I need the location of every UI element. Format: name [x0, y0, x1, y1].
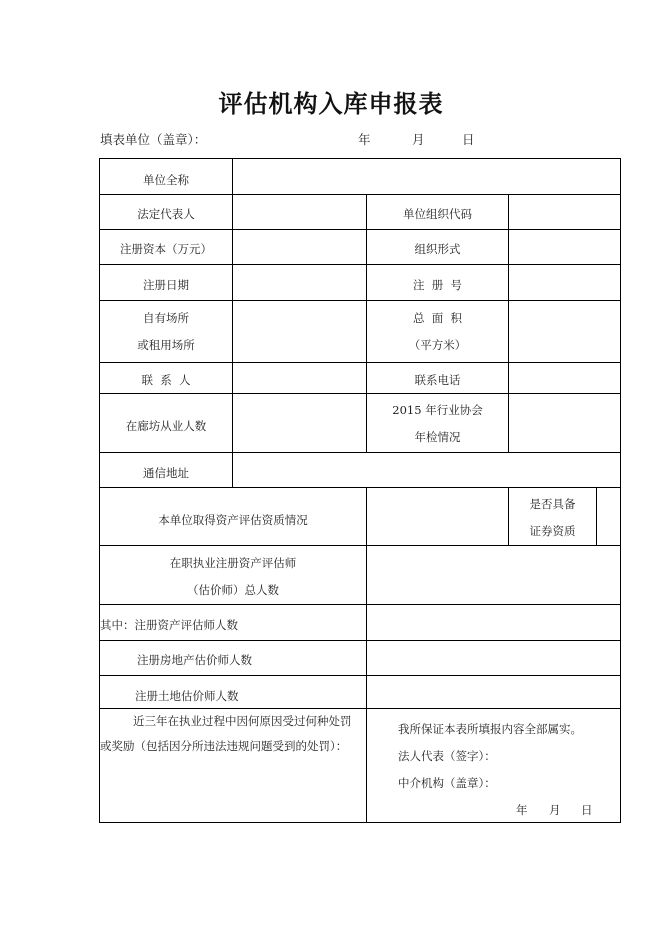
penalty-question-line-1: 近三年在执业过程中因何原因受过何种处罚	[100, 709, 364, 734]
table-border	[99, 822, 621, 823]
label-full-name: 单位全称	[100, 165, 232, 195]
label-org-code: 单位组织代码	[367, 196, 508, 232]
qualification-field[interactable]	[367, 488, 508, 545]
legal-rep-field[interactable]	[233, 195, 366, 229]
total-area-field[interactable]	[509, 301, 620, 362]
pledge-block: 我所保证本表所填报内容全部属实。 法人代表（签字）： 中介机构（盖章）：	[398, 716, 582, 797]
label-phone: 联系电话	[367, 364, 508, 396]
label-staff-count: 在廊坊从业人数	[100, 395, 232, 457]
staff-count-field[interactable]	[233, 394, 366, 452]
penalty-answer-field[interactable]	[100, 760, 366, 822]
agency-seal-label: 中介机构（盖章）：	[398, 770, 582, 797]
penalty-question: 近三年在执业过程中因何原因受过何种处罚 或奖励（包括因分所违法违规问题受到的处罚…	[100, 709, 364, 759]
reg-capital-field[interactable]	[233, 230, 366, 264]
reg-date-field[interactable]	[233, 265, 366, 300]
land-appraisers-field[interactable]	[367, 676, 620, 708]
org-form-field[interactable]	[509, 230, 620, 264]
org-code-field[interactable]	[509, 195, 620, 229]
phone-field[interactable]	[509, 363, 620, 393]
label-org-form: 组织形式	[367, 231, 508, 267]
sign-month-label: 月	[549, 798, 561, 823]
label-real-estate-appraisers: 注册房地产估价师人数	[137, 652, 252, 668]
securities-qualification-field[interactable]	[597, 488, 620, 545]
sign-year-label: 年	[516, 798, 528, 823]
label-legal-rep: 法定代表人	[100, 196, 232, 232]
real-estate-appraisers-field[interactable]	[367, 641, 620, 675]
label-reg-capital: 注册资本（万元）	[100, 231, 232, 267]
reg-no-field[interactable]	[509, 265, 620, 300]
label-contact: 联 系 人	[100, 364, 232, 396]
filling-unit-label: 填表单位（盖章）：	[100, 130, 206, 148]
label-reg-date: 注册日期	[100, 266, 232, 304]
total-appraisers-field[interactable]	[367, 546, 620, 604]
cpv-count-field[interactable]	[367, 605, 620, 640]
address-field[interactable]	[233, 453, 620, 487]
penalty-question-line-2: 或奖励（包括因分所违法违规问题受到的处罚）：	[100, 734, 364, 759]
label-premises: 自有场所或租用场所	[100, 302, 232, 362]
label-qualification: 本单位取得资产评估资质情况	[100, 489, 366, 551]
label-securities-qualification: 是否具备证券资质	[509, 489, 596, 547]
full-name-field[interactable]	[233, 159, 620, 194]
header-month-label: 月	[412, 130, 425, 148]
premises-field[interactable]	[233, 301, 366, 362]
label-total-area: 总 面 积（平方米）	[367, 302, 508, 362]
sign-day-label: 日	[581, 798, 593, 823]
label-cpv-count: 其中：注册资产评估师人数	[100, 617, 238, 633]
annual-inspection-field[interactable]	[509, 394, 620, 452]
label-address: 通信地址	[100, 455, 232, 491]
label-land-appraisers: 注册土地估价师人数	[135, 688, 239, 704]
header-day-label: 日	[462, 130, 475, 148]
page-title: 评估机构入库申报表	[0, 84, 662, 119]
contact-field[interactable]	[233, 363, 366, 393]
header-year-label: 年	[358, 130, 371, 148]
table-border	[620, 158, 621, 823]
label-annual-inspection: 2015 年行业协会年检情况	[367, 395, 508, 453]
label-reg-no: 注 册 号	[367, 266, 508, 304]
pledge-statement: 我所保证本表所填报内容全部属实。	[398, 716, 582, 743]
label-total-appraisers: 在职执业注册资产评估师（估价师）总人数	[100, 547, 366, 607]
legal-rep-signature-label: 法人代表（签字）：	[398, 743, 582, 770]
